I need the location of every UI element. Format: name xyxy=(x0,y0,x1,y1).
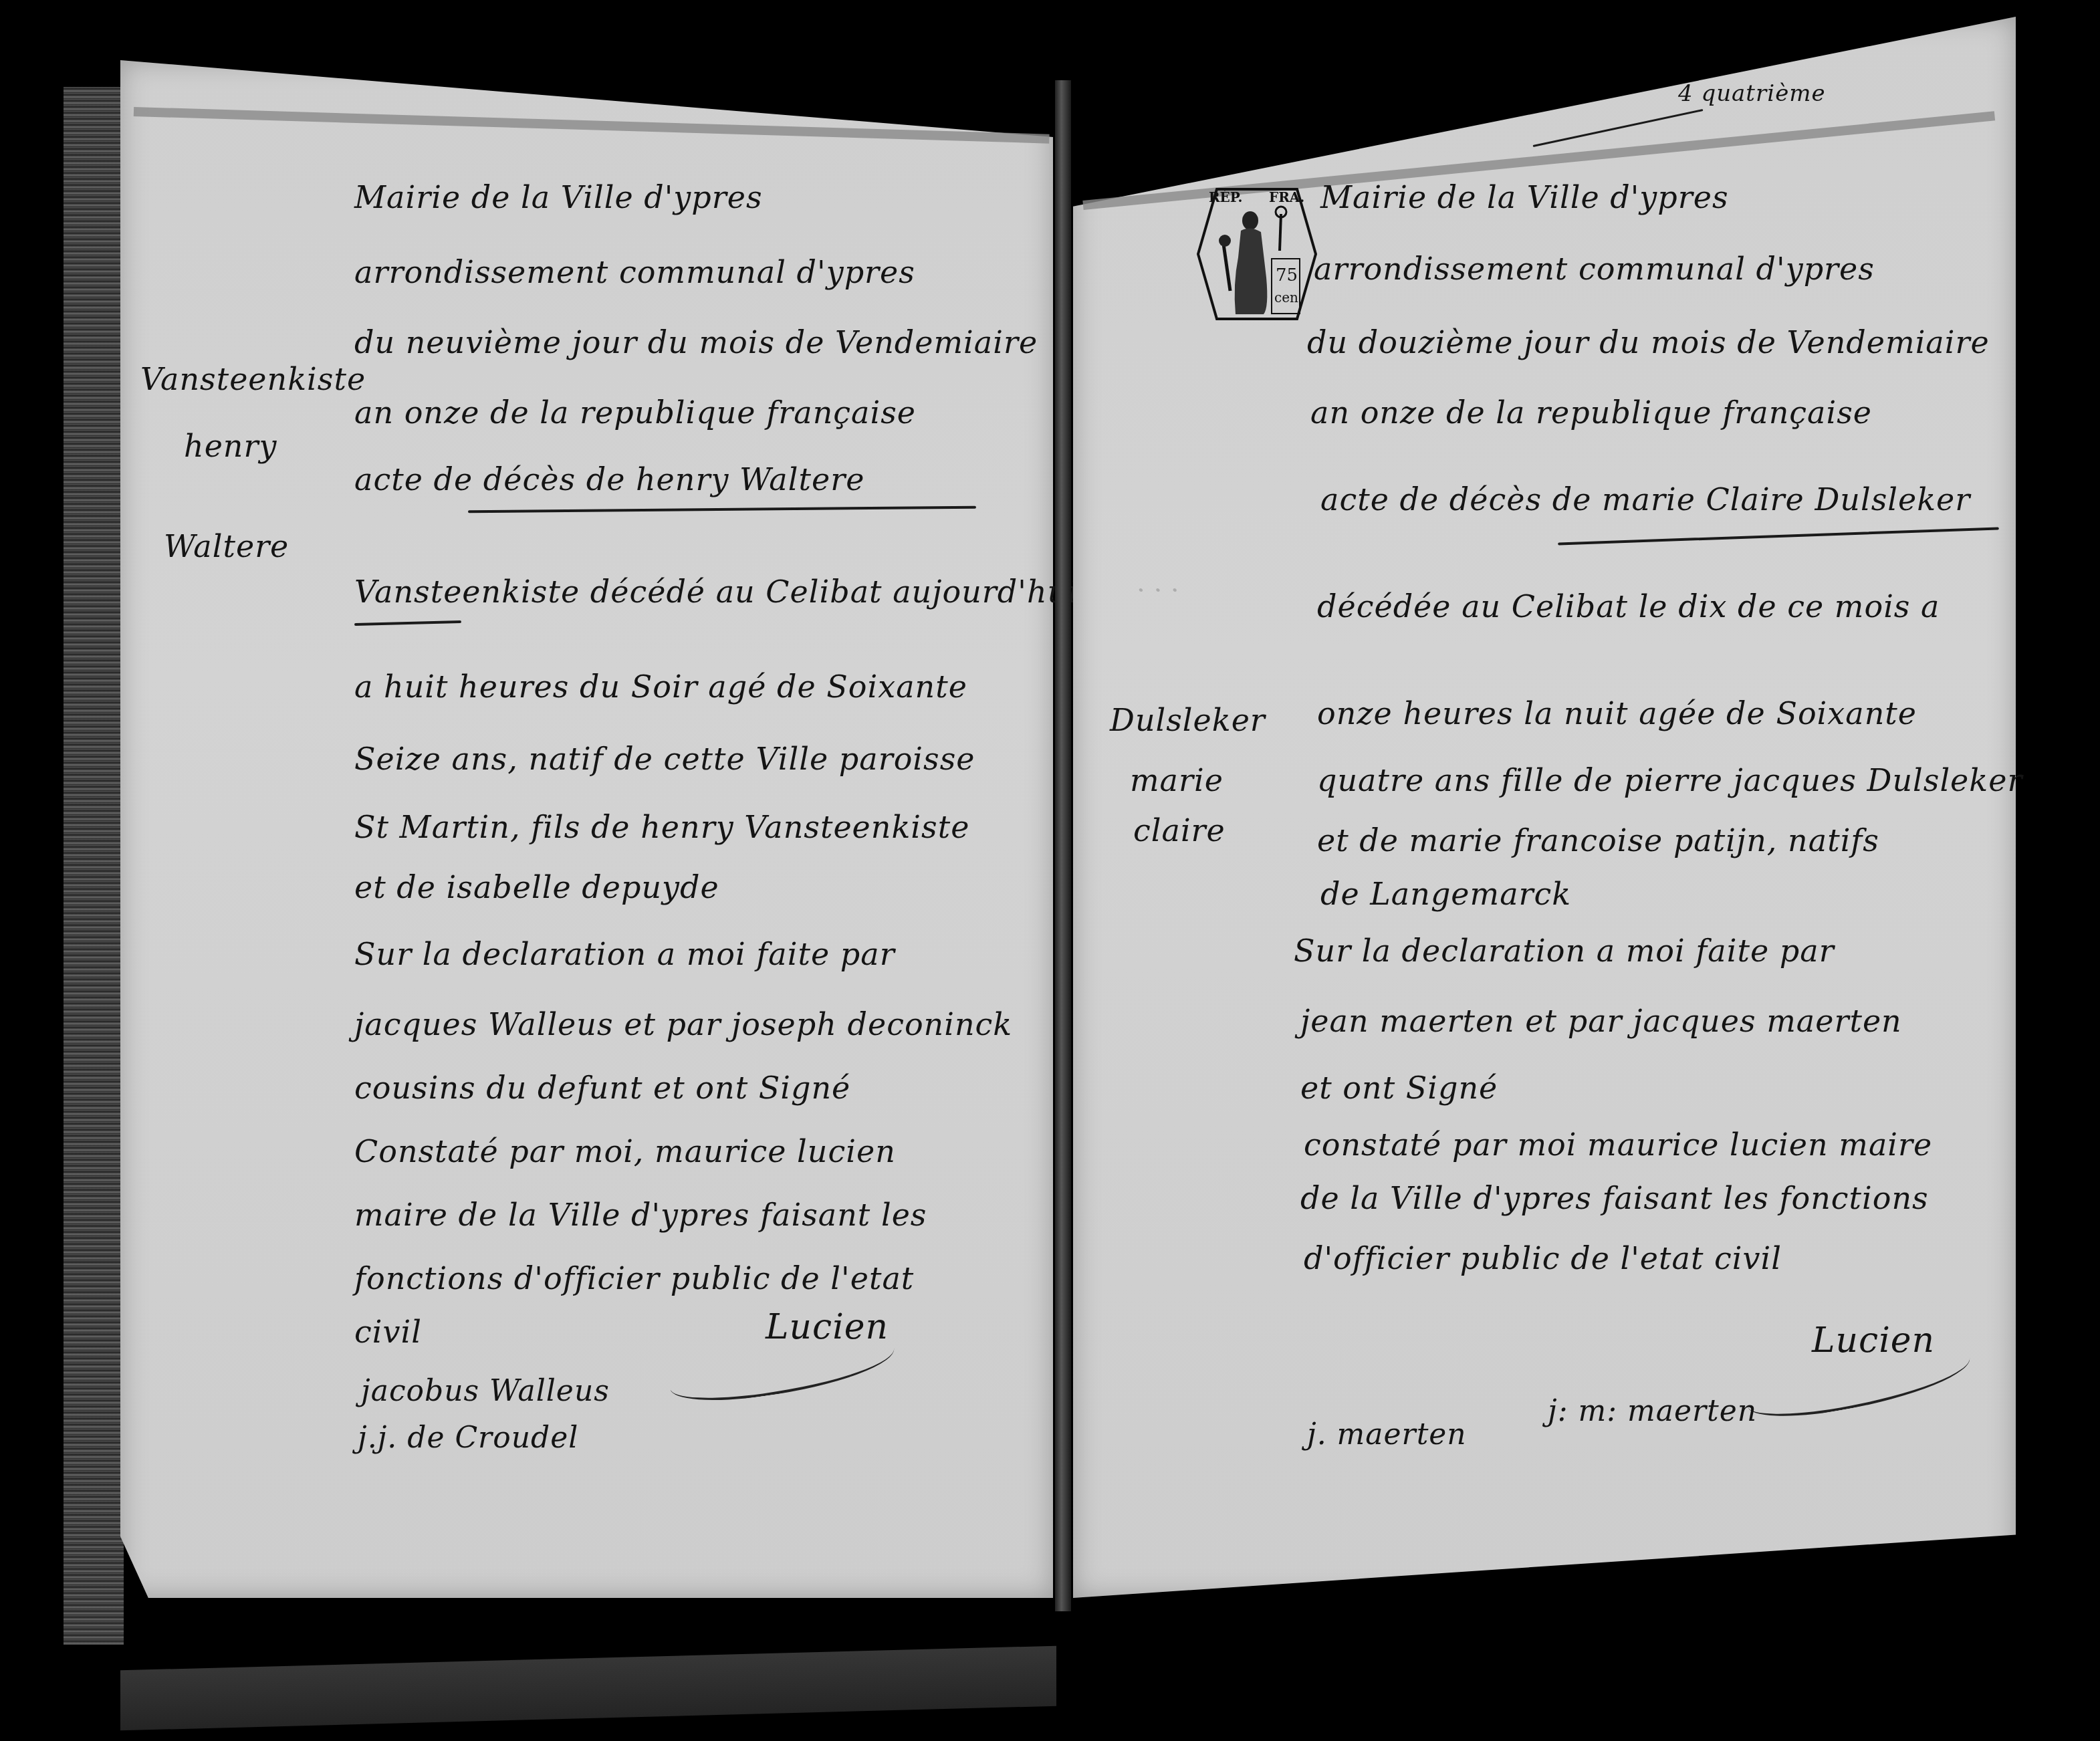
margin-note-given-name: marie xyxy=(1130,762,1223,798)
scanned-register-spread: Vansteenkiste henry Waltere Mairie de la… xyxy=(0,0,2100,1741)
record-line: et de isabelle depuyde xyxy=(354,869,719,905)
record-line: décédée au Celibat le dix de ce mois a xyxy=(1317,588,1940,624)
margin-note-second-name: Waltere xyxy=(164,528,289,564)
stamp-text-fra: FRA. xyxy=(1269,189,1304,205)
record-line: du neuvième jour du mois de Vendemiaire xyxy=(354,324,1038,360)
book-gutter xyxy=(1055,80,1071,1611)
record-line: Mairie de la Ville d'ypres xyxy=(1320,179,1729,215)
record-line: Sur la declaration a moi faite par xyxy=(1294,933,1835,969)
record-line: cousins du defunt et ont Signé xyxy=(354,1070,850,1106)
record-line: arrondissement communal d'ypres xyxy=(1314,251,1875,287)
record-line: onze heures la nuit agée de Soixante xyxy=(1317,695,1917,731)
record-line: an onze de la republique française xyxy=(1310,394,1872,431)
bleed-through-text: · · · xyxy=(1137,575,1179,606)
record-line: Seize ans, natif de cette Ville paroisse xyxy=(354,741,975,777)
record-line: de Langemarck xyxy=(1320,876,1571,912)
stamp-unit: cen xyxy=(1274,289,1298,306)
record-line: d'officier public de l'etat civil xyxy=(1304,1240,1782,1276)
folio-note: 4 quatrième xyxy=(1678,80,1826,107)
record-line: Vansteenkiste décédé au Celibat aujourd'… xyxy=(354,574,1078,610)
record-line: de la Ville d'ypres faisant les fonction… xyxy=(1300,1180,1929,1216)
record-line: a huit heures du Soir agé de Soixante xyxy=(354,669,967,705)
witness-signature: j.j. de Croudel xyxy=(358,1421,578,1455)
margin-note-given-name: henry xyxy=(184,428,277,464)
witness-signature: jacobus Walleus xyxy=(361,1374,610,1408)
witness-signature: j: m: maerten xyxy=(1548,1394,1757,1428)
record-line: et ont Signé xyxy=(1300,1070,1498,1106)
record-line: quatre ans fille de pierre jacques Dulsl… xyxy=(1317,762,2022,798)
record-line: civil xyxy=(354,1314,422,1350)
record-line: Mairie de la Ville d'ypres xyxy=(354,179,763,215)
record-line: an onze de la republique française xyxy=(354,394,916,431)
record-line: fonctions d'officier public de l'etat xyxy=(354,1260,914,1296)
margin-note-second-name: claire xyxy=(1133,812,1226,848)
witness-signature: j. maerten xyxy=(1307,1417,1467,1452)
record-line: arrondissement communal d'ypres xyxy=(354,254,915,290)
margin-note-surname: Dulsleker xyxy=(1110,702,1266,738)
left-page-bottom-stain xyxy=(120,1646,1056,1731)
record-title-line: acte de décès de henry Waltere xyxy=(354,461,864,497)
record-line: et de marie francoise patijn, natifs xyxy=(1317,822,1879,858)
record-line: jacques Walleus et par joseph deconinck xyxy=(354,1006,1012,1042)
record-line: Sur la declaration a moi faite par xyxy=(354,936,895,972)
record-line: Constaté par moi, maurice lucien xyxy=(354,1133,896,1169)
record-title-line: acte de décès de marie Claire Dulsleker xyxy=(1320,481,1970,517)
record-line: constaté par moi maurice lucien maire xyxy=(1304,1127,1932,1163)
stamp-text-rep: RÉP. xyxy=(1209,189,1243,205)
stamp-value: 75 xyxy=(1276,265,1298,285)
page-stack-edge xyxy=(64,87,124,1645)
revenue-stamp: RÉP. FRA. 75 cen xyxy=(1197,184,1317,324)
record-line: jean maerten et par jacques maerten xyxy=(1300,1003,1902,1039)
record-line: du douzième jour du mois de Vendemiaire xyxy=(1307,324,1990,360)
record-line: St Martin, fils de henry Vansteenkiste xyxy=(354,809,969,845)
margin-note-surname: Vansteenkiste xyxy=(140,361,366,397)
record-line: maire de la Ville d'ypres faisant les xyxy=(354,1197,927,1233)
